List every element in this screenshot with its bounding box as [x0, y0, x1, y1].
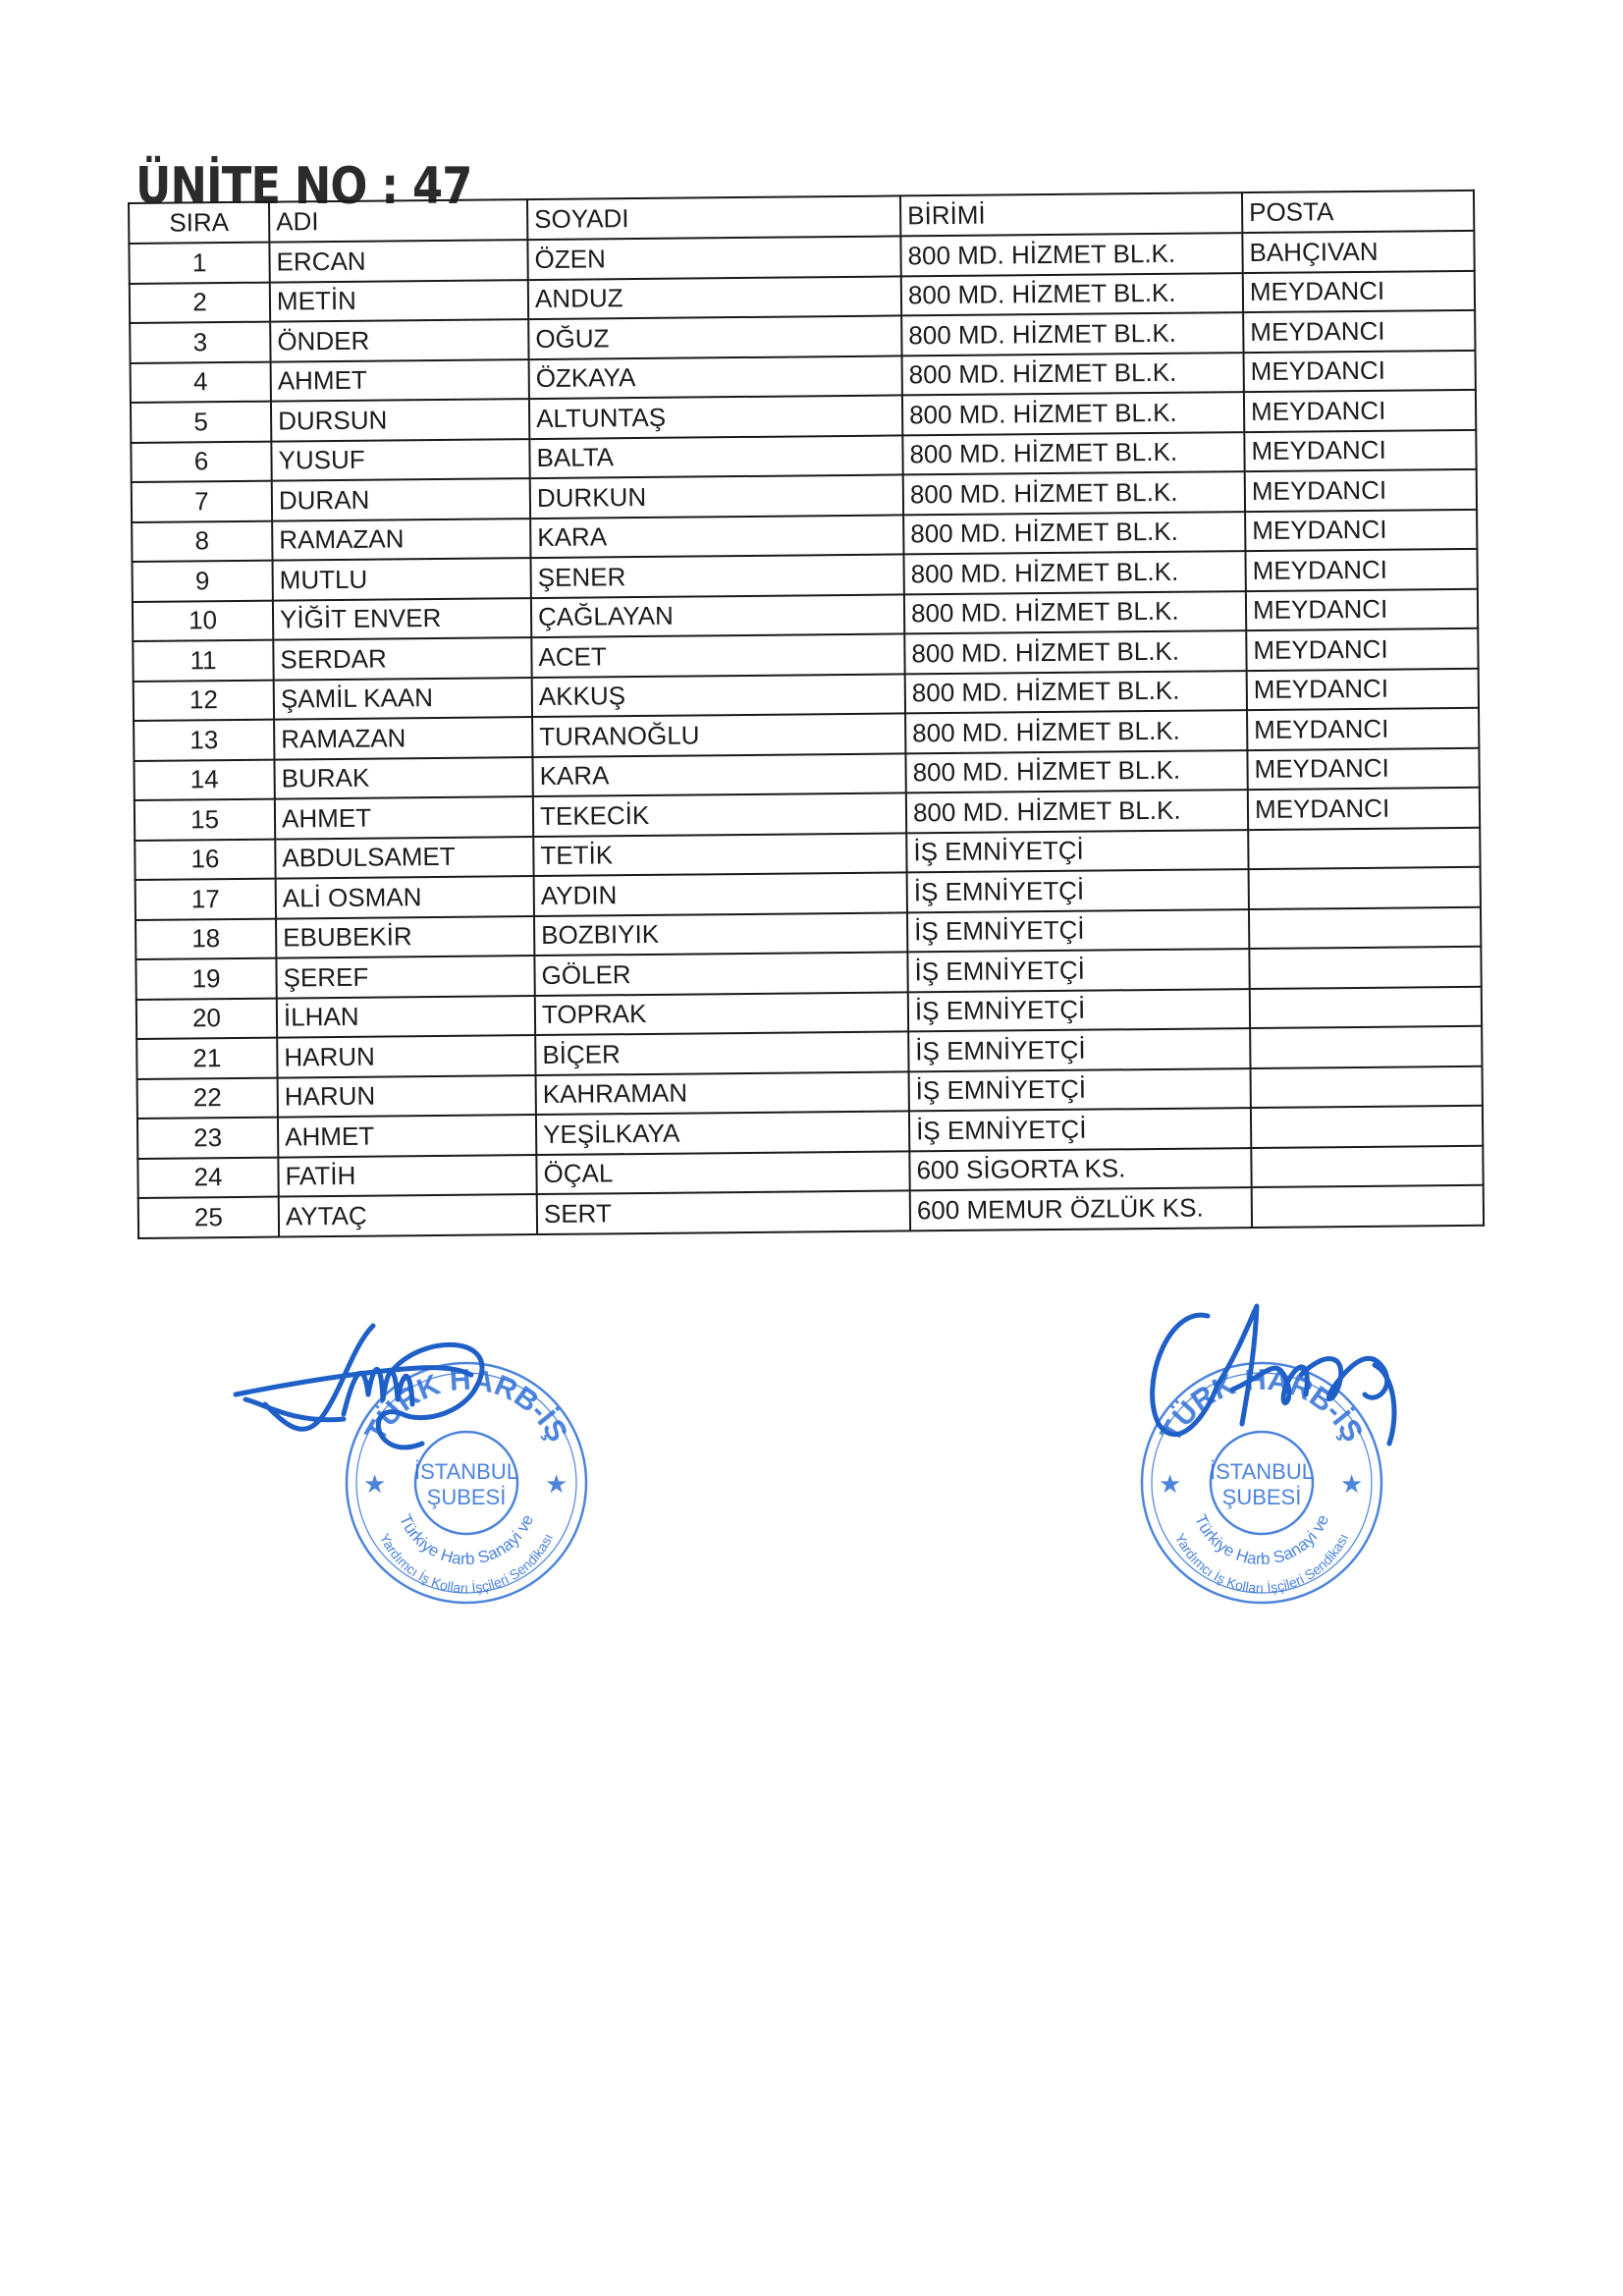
cell-birimi: 800 MD. HİZMET BL.K. — [905, 671, 1247, 714]
signature-right — [1139, 1296, 1434, 1493]
cell-soyadi: YEŞİLKAYA — [536, 1111, 909, 1154]
cell-adi: ŞAMİL KAAN — [274, 678, 532, 720]
cell-posta: MEYDANCI — [1245, 469, 1477, 512]
cell-birimi: İŞ EMNİYETÇİ — [907, 909, 1249, 953]
cell-adi: ALİ OSMAN — [276, 876, 534, 918]
cell-adi: AHMET — [275, 796, 533, 839]
cell-adi: METİN — [270, 280, 528, 322]
header-adi: ADI — [269, 199, 527, 243]
cell-sira: 12 — [134, 680, 274, 721]
cell-posta — [1249, 867, 1481, 909]
cell-sira: 8 — [132, 520, 272, 562]
cell-posta — [1249, 947, 1481, 989]
cell-posta: MEYDANCI — [1248, 788, 1480, 830]
cell-soyadi: BİÇER — [535, 1031, 908, 1074]
cell-soyadi: ÖÇAL — [536, 1151, 909, 1194]
cell-adi: EBUBEKİR — [276, 916, 534, 958]
cell-soyadi: DURKUN — [530, 474, 903, 518]
cell-sira: 13 — [134, 720, 274, 761]
cell-soyadi: ANDUZ — [528, 276, 901, 319]
cell-sira: 10 — [133, 600, 273, 641]
cell-adi: HARUN — [277, 1035, 535, 1077]
cell-sira: 9 — [133, 561, 273, 602]
cell-birimi: 800 MD. HİZMET BL.K. — [904, 591, 1246, 634]
cell-soyadi: KARA — [532, 753, 905, 796]
cell-posta: MEYDANCI — [1243, 310, 1475, 353]
cell-sira: 4 — [131, 361, 271, 403]
svg-text:Türkiye Harb Sanayi ve: Türkiye Harb Sanayi ve — [1191, 1511, 1332, 1568]
cell-birimi: 800 MD. HİZMET BL.K. — [900, 233, 1242, 276]
cell-sira: 3 — [130, 322, 270, 363]
cell-adi: MUTLU — [273, 558, 531, 600]
cell-adi: ERCAN — [269, 240, 527, 282]
cell-adi: HARUN — [278, 1075, 536, 1118]
cell-birimi: 600 MEMUR ÖZLÜK KS. — [910, 1187, 1252, 1230]
cell-adi: RAMAZAN — [274, 717, 532, 759]
cell-posta — [1252, 1185, 1484, 1228]
cell-posta: MEYDANCI — [1244, 390, 1476, 432]
cell-soyadi: TEKECİK — [533, 793, 906, 836]
cell-birimi: 800 MD. HİZMET BL.K. — [901, 312, 1243, 355]
cell-birimi: 800 MD. HİZMET BL.K. — [902, 432, 1244, 475]
cell-sira: 23 — [137, 1118, 278, 1159]
cell-soyadi: ÇAĞLAYAN — [531, 594, 904, 637]
svg-text:Türkiye Harb Sanayi ve: Türkiye Harb Sanayi ve — [396, 1511, 537, 1568]
header-birimi: BİRİMİ — [900, 192, 1242, 236]
personnel-table: SIRA ADI SOYADI BİRİMİ POSTA 1ERCANÖZEN8… — [128, 190, 1485, 1239]
cell-adi: DURAN — [272, 478, 530, 520]
cell-posta: MEYDANCI — [1245, 549, 1477, 591]
cell-adi: YUSUF — [271, 439, 529, 481]
cell-sira: 1 — [129, 243, 269, 284]
cell-posta: MEYDANCI — [1247, 668, 1479, 710]
header-soyadi: SOYADI — [527, 195, 900, 240]
cell-posta: MEYDANCI — [1246, 588, 1478, 630]
cell-soyadi: TURANOĞLU — [532, 713, 905, 756]
cell-posta: MEYDANCI — [1246, 629, 1478, 671]
cell-sira: 24 — [137, 1157, 278, 1198]
cell-posta: MEYDANCI — [1247, 747, 1479, 790]
cell-birimi: İŞ EMNİYETÇİ — [909, 1068, 1251, 1112]
signature-left — [226, 1306, 520, 1503]
cell-adi: SERDAR — [273, 637, 531, 680]
cell-soyadi: GÖLER — [534, 952, 907, 995]
cell-soyadi: BALTA — [529, 435, 902, 478]
cell-birimi: İŞ EMNİYETÇİ — [908, 989, 1250, 1032]
cell-birimi: İŞ EMNİYETÇİ — [906, 830, 1248, 873]
cell-adi: YİĞİT ENVER — [273, 598, 531, 640]
cell-soyadi: KAHRAMAN — [536, 1071, 909, 1115]
cell-posta — [1251, 1066, 1483, 1108]
cell-sira: 11 — [133, 640, 273, 682]
cell-birimi: 800 MD. HİZMET BL.K. — [902, 353, 1244, 396]
cell-birimi: 800 MD. HİZMET BL.K. — [902, 392, 1244, 435]
cell-birimi: 800 MD. HİZMET BL.K. — [903, 471, 1245, 515]
cell-posta: MEYDANCI — [1245, 509, 1477, 551]
cell-adi: FATİH — [278, 1155, 536, 1197]
cell-posta — [1251, 1145, 1483, 1187]
cell-soyadi: OĞUZ — [528, 315, 901, 358]
cell-posta — [1251, 1106, 1483, 1148]
cell-soyadi: TETİK — [533, 833, 906, 876]
cell-posta — [1250, 1026, 1482, 1068]
cell-soyadi: ŞENER — [530, 554, 903, 597]
cell-posta: MEYDANCI — [1247, 708, 1479, 750]
cell-posta — [1250, 986, 1482, 1028]
cell-birimi: 800 MD. HİZMET BL.K. — [903, 551, 1245, 594]
cell-soyadi: SERT — [537, 1190, 910, 1233]
cell-birimi: İŞ EMNİYETÇİ — [909, 1108, 1251, 1151]
cell-adi: ŞEREF — [276, 956, 534, 998]
cell-adi: AHMET — [278, 1115, 536, 1157]
cell-sira: 14 — [134, 759, 274, 800]
cell-posta: MEYDANCI — [1244, 429, 1476, 471]
cell-birimi: 800 MD. HİZMET BL.K. — [904, 630, 1246, 674]
cell-sira: 16 — [135, 839, 275, 880]
header-posta: POSTA — [1242, 191, 1474, 233]
cell-soyadi: BOZBIYIK — [534, 912, 907, 956]
cell-adi: ÖNDER — [270, 319, 528, 361]
cell-soyadi: AYDIN — [534, 872, 907, 915]
cell-sira: 22 — [137, 1077, 278, 1119]
cell-sira: 18 — [135, 918, 276, 959]
cell-adi: DURSUN — [271, 399, 529, 441]
cell-posta: BAHÇIVAN — [1242, 231, 1474, 273]
cell-posta — [1248, 827, 1480, 869]
cell-posta — [1249, 906, 1481, 949]
cell-sira: 17 — [135, 879, 276, 920]
cell-birimi: İŞ EMNİYETÇİ — [908, 1028, 1250, 1071]
cell-birimi: 800 MD. HİZMET BL.K. — [905, 750, 1247, 793]
cell-birimi: 800 MD. HİZMET BL.K. — [905, 710, 1247, 753]
cell-sira: 19 — [135, 958, 276, 1000]
cell-birimi: 600 SİGORTA KS. — [909, 1148, 1251, 1191]
cell-soyadi: ALTUNTAŞ — [529, 395, 902, 438]
cell-sira: 21 — [136, 1038, 277, 1079]
cell-adi: AHMET — [271, 359, 529, 402]
personnel-table-container: SIRA ADI SOYADI BİRİMİ POSTA 1ERCANÖZEN8… — [128, 190, 1483, 1239]
cell-adi: ABDULSAMET — [275, 837, 533, 879]
cell-soyadi: ACET — [531, 633, 904, 677]
cell-sira: 5 — [131, 402, 271, 443]
cell-adi: BURAK — [274, 757, 532, 799]
cell-sira: 6 — [131, 441, 271, 482]
cell-soyadi: ÖZEN — [527, 236, 900, 279]
cell-sira: 2 — [130, 282, 270, 323]
cell-sira: 25 — [138, 1197, 279, 1238]
cell-birimi: 800 MD. HİZMET BL.K. — [906, 790, 1248, 833]
cell-soyadi: TOPRAK — [535, 992, 908, 1035]
cell-soyadi: AKKUŞ — [532, 674, 905, 717]
cell-sira: 7 — [132, 481, 272, 522]
cell-adi: RAMAZAN — [272, 519, 530, 561]
cell-birimi: İŞ EMNİYETÇİ — [907, 869, 1249, 912]
cell-soyadi: ÖZKAYA — [529, 355, 902, 399]
cell-posta: MEYDANCI — [1243, 270, 1475, 312]
star-icon: ★ — [545, 1469, 568, 1499]
header-sira: SIRA — [129, 202, 269, 244]
table-body: 1ERCANÖZEN800 MD. HİZMET BL.K.BAHÇIVAN2M… — [129, 231, 1484, 1238]
cell-soyadi: KARA — [530, 515, 903, 558]
cell-sira: 20 — [136, 998, 277, 1039]
cell-adi: İLHAN — [277, 996, 535, 1038]
cell-birimi: 800 MD. HİZMET BL.K. — [901, 273, 1243, 316]
cell-sira: 15 — [135, 799, 275, 841]
cell-birimi: İŞ EMNİYETÇİ — [907, 949, 1249, 992]
cell-adi: AYTAÇ — [279, 1194, 537, 1236]
cell-birimi: 800 MD. HİZMET BL.K. — [903, 512, 1245, 555]
cell-posta: MEYDANCI — [1244, 350, 1476, 392]
